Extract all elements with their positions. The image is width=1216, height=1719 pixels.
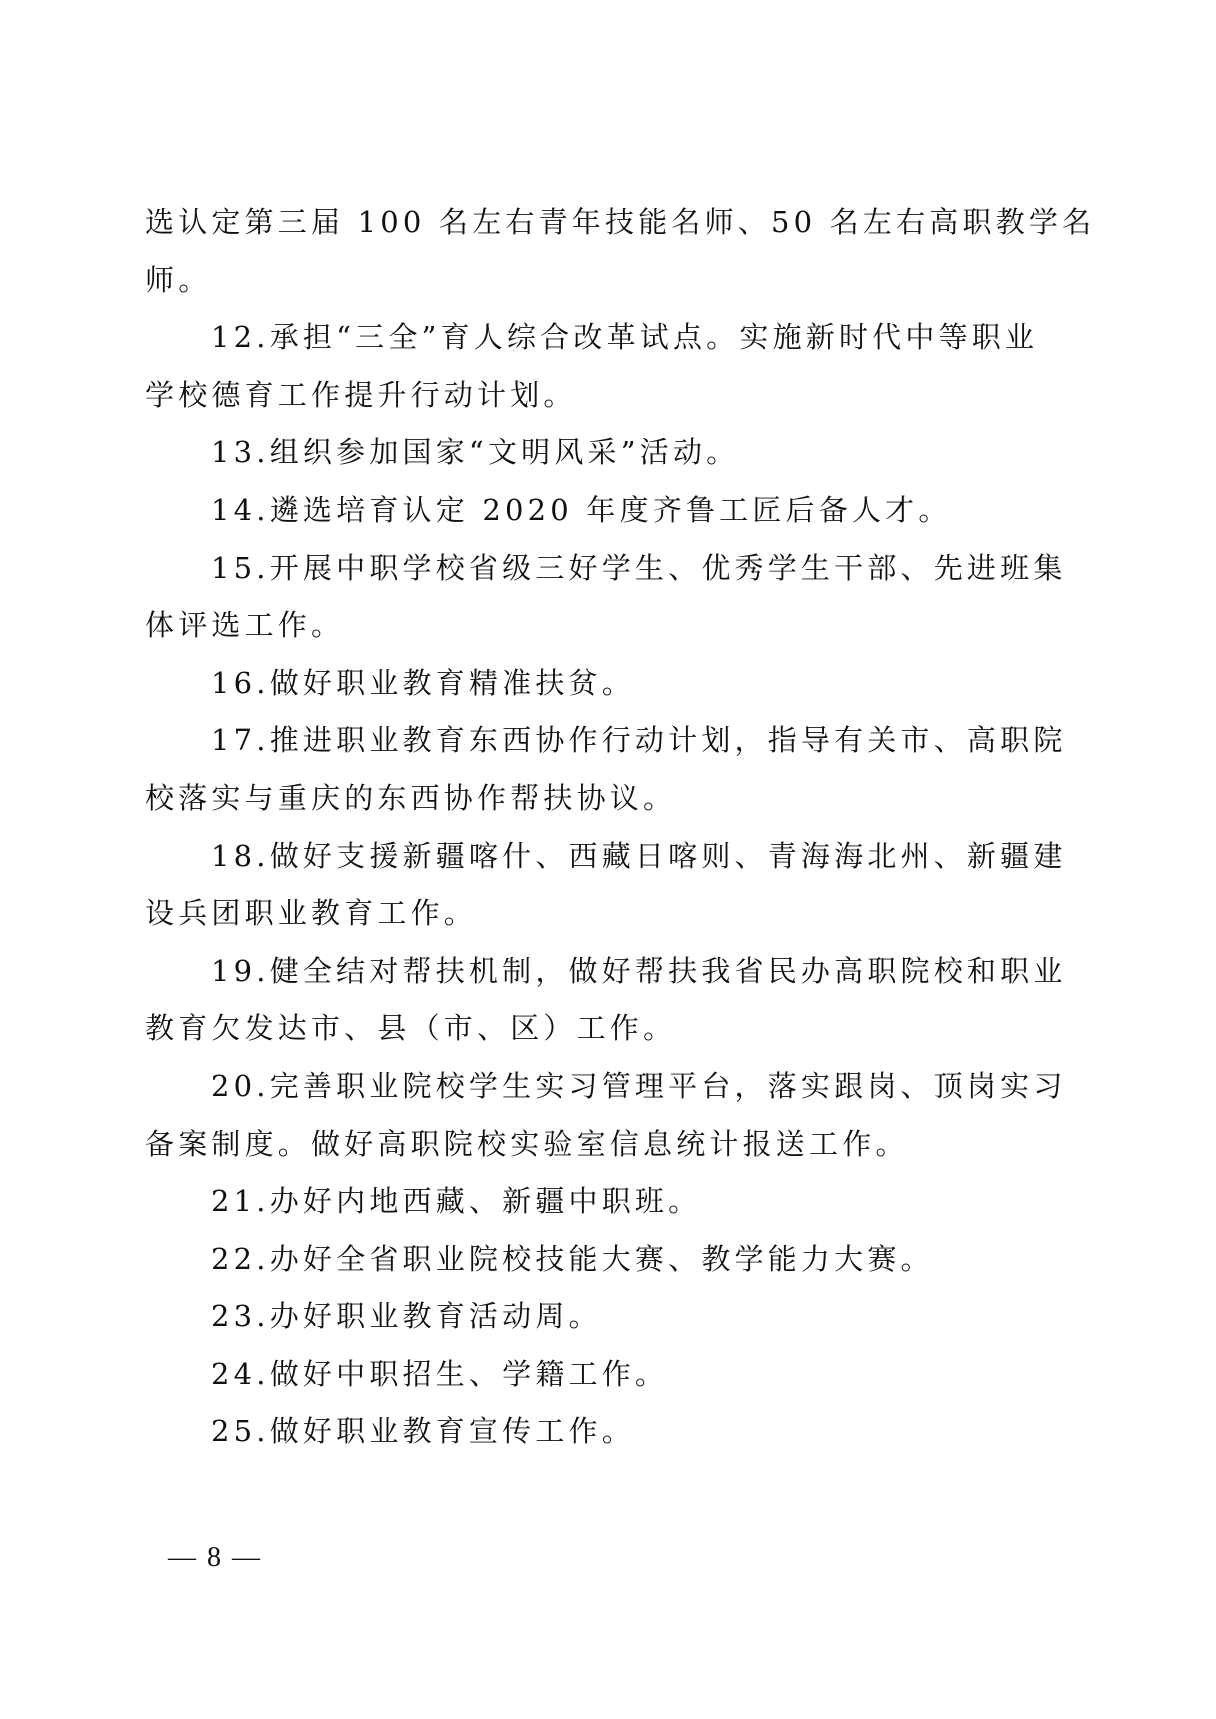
document-body: 选认定第三届 100 名左右青年技能名师、50 名左右高职教学名 师。 12.承… xyxy=(145,194,1075,1461)
list-item-19: 19.健全结对帮扶机制，做好帮扶我省民办高职院校和职业 xyxy=(145,943,1075,1001)
text-line: 设兵团职业教育工作。 xyxy=(145,885,1075,943)
list-item-13: 13.组织参加国家“文明风采”活动。 xyxy=(145,424,1075,482)
list-item-22: 22.办好全省职业院校技能大赛、教学能力大赛。 xyxy=(145,1231,1075,1289)
list-item-15: 15.开展中职学校省级三好学生、优秀学生干部、先进班集 xyxy=(145,540,1075,598)
list-item-21: 21.办好内地西藏、新疆中职班。 xyxy=(145,1173,1075,1231)
text-line: 备案制度。做好高职院校实验室信息统计报送工作。 xyxy=(145,1116,1075,1174)
page-number: — 8 — xyxy=(168,1538,262,1578)
text-line: 校落实与重庆的东西协作帮扶协议。 xyxy=(145,770,1075,828)
list-item-17: 17.推进职业教育东西协作行动计划，指导有关市、高职院 xyxy=(145,712,1075,770)
list-item-14: 14.遴选培育认定 2020 年度齐鲁工匠后备人才。 xyxy=(145,482,1075,540)
list-item-18: 18.做好支援新疆喀什、西藏日喀则、青海海北州、新疆建 xyxy=(145,828,1075,886)
list-item-23: 23.办好职业教育活动周。 xyxy=(145,1288,1075,1346)
list-item-24: 24.做好中职招生、学籍工作。 xyxy=(145,1346,1075,1404)
text-line: 学校德育工作提升行动计划。 xyxy=(145,367,1075,425)
list-item-16: 16.做好职业教育精准扶贫。 xyxy=(145,655,1075,713)
text-line: 教育欠发达市、县（市、区）工作。 xyxy=(145,1000,1075,1058)
list-item-20: 20.完善职业院校学生实习管理平台，落实跟岗、顶岗实习 xyxy=(145,1058,1075,1116)
document-page: 选认定第三届 100 名左右青年技能名师、50 名左右高职教学名 师。 12.承… xyxy=(0,0,1216,1719)
text-line: 师。 xyxy=(145,252,1075,310)
text-line: 体评选工作。 xyxy=(145,597,1075,655)
list-item-25: 25.做好职业教育宣传工作。 xyxy=(145,1403,1075,1461)
text-line: 选认定第三届 100 名左右青年技能名师、50 名左右高职教学名 xyxy=(145,194,1075,252)
list-item-12: 12.承担“三全”育人综合改革试点。实施新时代中等职业 xyxy=(145,309,1075,367)
